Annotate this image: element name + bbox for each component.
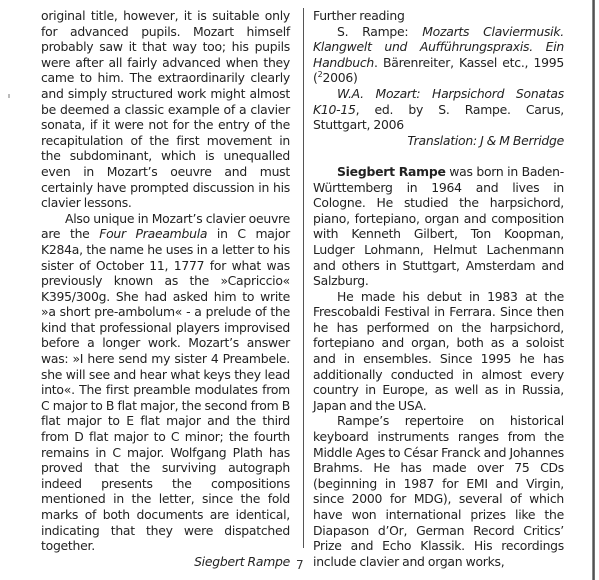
spacer bbox=[313, 148, 564, 164]
reference-entry: W.A. Mozart: Harpsichord Sonatas K10-15,… bbox=[313, 86, 564, 133]
left-column: original title, however, it is suitable … bbox=[41, 8, 290, 569]
work-title: Four Praeambula bbox=[99, 226, 207, 241]
reference-author: S. Rampe: bbox=[337, 24, 422, 39]
essay-paragraph: Also unique in Mozart’s clavier oeuvre a… bbox=[41, 211, 290, 554]
bio-paragraph: Rampe’s repertoire on historical keyboar… bbox=[313, 413, 564, 569]
right-column: Further reading S. Rampe: Mozarts Clavie… bbox=[313, 8, 564, 569]
column-divider bbox=[303, 8, 304, 548]
bio-paragraph: He made his debut in 1983 at the Frescob… bbox=[313, 289, 564, 414]
margin-mark bbox=[8, 94, 10, 98]
bio-name: Siegbert Rampe bbox=[337, 164, 446, 179]
further-reading-heading: Further reading bbox=[313, 8, 564, 24]
author-signature: Siegbert Rampe bbox=[41, 554, 290, 570]
text-span: was born in Baden-Württemberg in 1964 an… bbox=[313, 164, 564, 288]
text-span: in C major K284a, the name he uses in a … bbox=[41, 226, 290, 553]
page-binding-edge bbox=[592, 0, 595, 580]
translation-credit: Translation: J & M Berridge bbox=[313, 133, 564, 149]
essay-paragraph: original title, however, it is suitable … bbox=[41, 8, 290, 211]
bio-paragraph: Siegbert Rampe was born in Baden-Württem… bbox=[313, 164, 564, 289]
reference-entry: S. Rampe: Mozarts Claviermusik. Klangwel… bbox=[313, 24, 564, 86]
text-span: 2006) bbox=[322, 70, 357, 85]
page-number: 7 bbox=[296, 558, 304, 572]
